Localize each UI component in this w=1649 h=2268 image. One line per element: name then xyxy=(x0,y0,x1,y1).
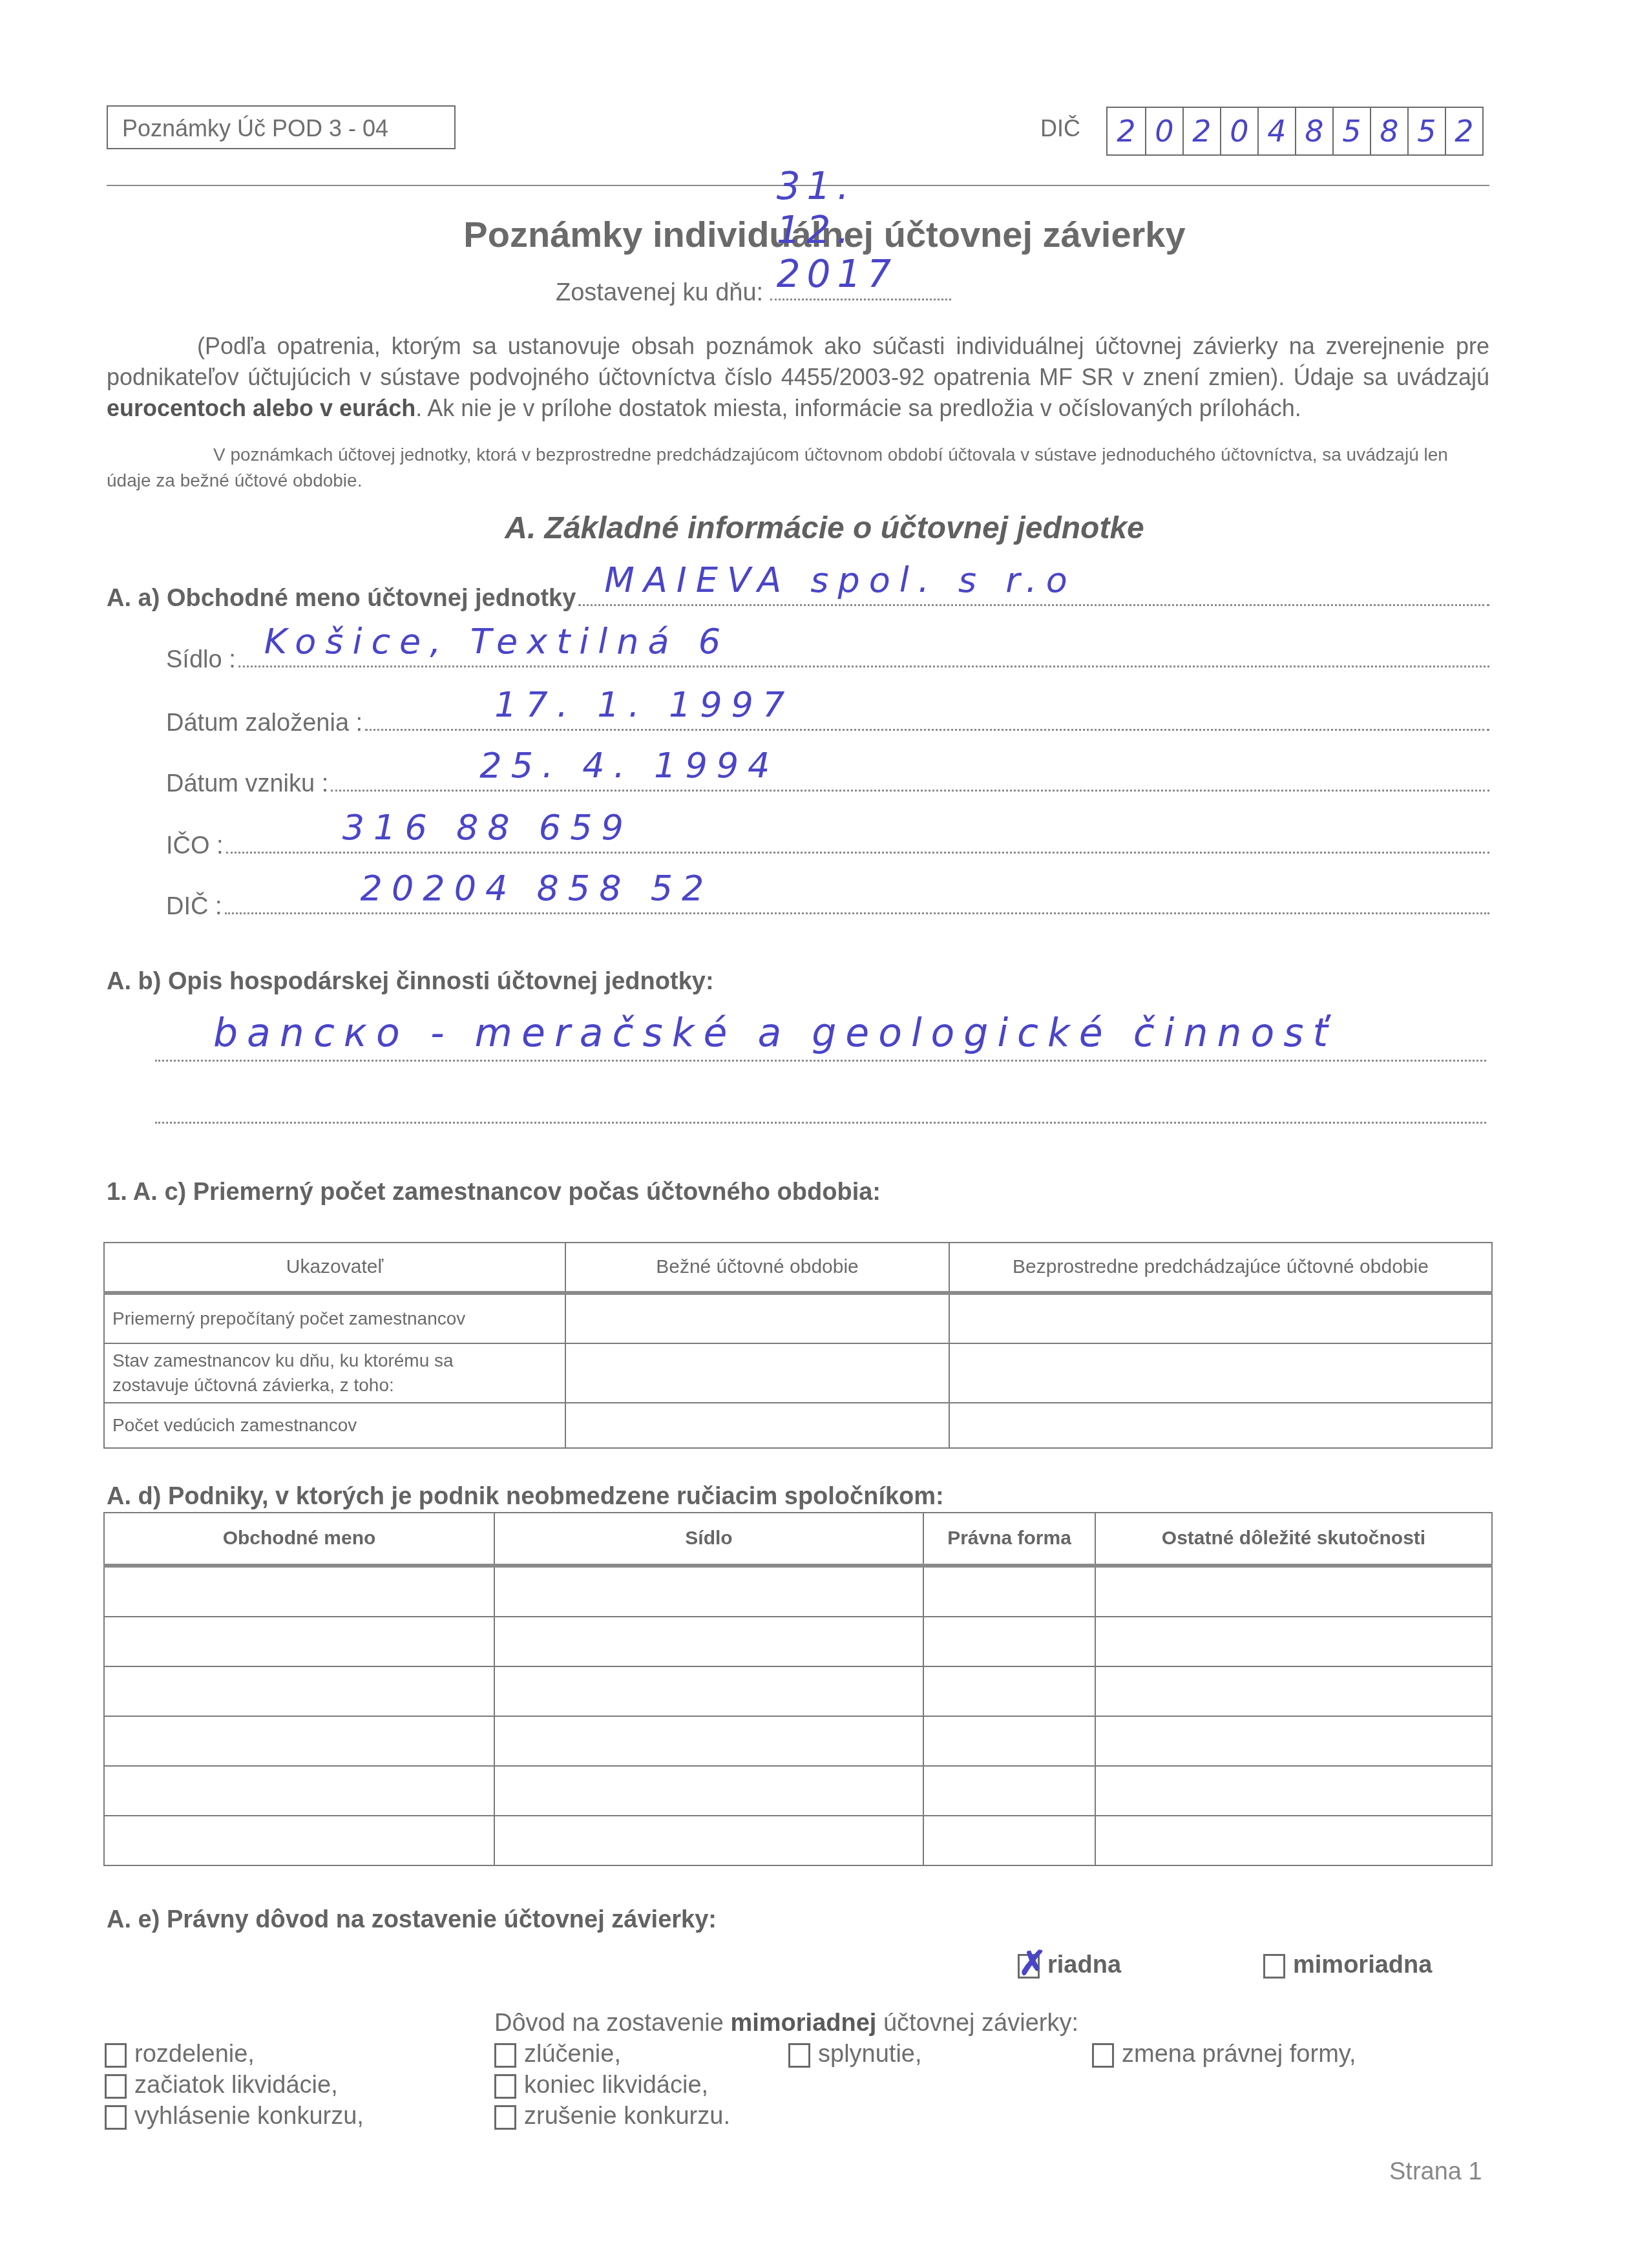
cell-current[interactable] xyxy=(565,1293,949,1343)
table-cell[interactable] xyxy=(923,1566,1095,1617)
table-cell[interactable] xyxy=(494,1716,923,1766)
intro-paragraph: (Podľa opatrenia, ktorým sa ustanovuje o… xyxy=(107,331,1489,424)
section-d-heading: A. d) Podniky, v ktorých je podnik neobm… xyxy=(107,1483,944,1511)
checkbox[interactable] xyxy=(788,2043,810,2068)
field-seat: Sídlo : Košice, Textilná 6 xyxy=(107,646,1489,674)
partner-companies-table: Obchodné meno Sídlo Právna forma Ostatné… xyxy=(103,1512,1493,1866)
col-indicator: Ukazovateľ xyxy=(104,1243,565,1293)
table-cell[interactable] xyxy=(1095,1566,1492,1617)
col-current-period: Bežné účtovné obdobie xyxy=(565,1243,949,1293)
company-name-input[interactable]: MAIEVA spol. s r.o xyxy=(578,599,1489,606)
dic-digit[interactable]: 5 xyxy=(1332,108,1370,154)
section-b-heading: A. b) Opis hospodárskej činnosti účtovne… xyxy=(107,968,714,996)
dic-digit[interactable]: 5 xyxy=(1407,108,1445,154)
table-cell[interactable] xyxy=(1095,1617,1492,1666)
founded-label: Dátum založenia : xyxy=(166,709,362,737)
checkbox[interactable] xyxy=(105,2074,127,2099)
table-row xyxy=(104,1617,1492,1666)
field-ico: IČO : 316 88 659 xyxy=(107,832,1489,860)
table-cell[interactable] xyxy=(104,1816,494,1865)
col-legal-form: Právna forma xyxy=(923,1513,1095,1566)
page-number: Strana 1 xyxy=(1389,2158,1482,2186)
table-cell[interactable] xyxy=(494,1666,923,1716)
table-cell[interactable] xyxy=(923,1617,1095,1666)
reason-amalgamation[interactable]: splynutie, xyxy=(788,2041,922,2068)
table-row: Počet vedúcich zamestnancov xyxy=(104,1403,1492,1448)
dic-digit[interactable]: 8 xyxy=(1370,108,1407,154)
table-cell[interactable] xyxy=(494,1766,923,1816)
table-cell[interactable] xyxy=(104,1716,494,1766)
table-cell[interactable] xyxy=(494,1816,923,1865)
founded-input[interactable]: 17. 1. 1997 xyxy=(365,724,1489,731)
table-cell[interactable] xyxy=(104,1666,494,1716)
checkbox[interactable] xyxy=(494,2074,516,2099)
table-cell[interactable] xyxy=(104,1617,494,1666)
checkbox[interactable] xyxy=(105,2043,127,2068)
reason-bankruptcy-cancel[interactable]: zrušenie konkurzu. xyxy=(494,2103,730,2130)
col-seat: Sídlo xyxy=(494,1513,923,1566)
activity-line-1[interactable]: banско - meračské a geologické činnosť xyxy=(155,1060,1486,1062)
dic-digit[interactable]: 2 xyxy=(1108,108,1145,154)
extraordinary-reason-heading: Dôvod na zostavenie mimoriadnej účtovnej… xyxy=(494,2010,1078,2037)
table-cell[interactable] xyxy=(1095,1666,1492,1716)
col-company-name: Obchodné meno xyxy=(104,1513,494,1566)
table-row xyxy=(104,1716,1492,1766)
table-cell[interactable] xyxy=(1095,1816,1492,1865)
established-label: Dátum vzniku : xyxy=(166,770,328,798)
dic-boxes: 2 0 2 0 4 8 5 8 5 2 xyxy=(1106,107,1484,156)
option-extraordinary[interactable]: mimoriadna xyxy=(1263,1951,1432,1979)
col-previous-period: Bezprostredne predchádzajúce účtovné obd… xyxy=(949,1243,1492,1293)
table-cell[interactable] xyxy=(494,1566,923,1617)
section-c-heading: 1. A. c) Priemerný počet zamestnancov po… xyxy=(107,1179,881,1206)
company-name-label: A. a) Obchodné meno účtovnej jednotky xyxy=(107,585,576,613)
ico-input[interactable]: 316 88 659 xyxy=(226,846,1489,854)
dic-field-input[interactable]: 20204 858 52 xyxy=(225,907,1489,914)
checkbox-extraordinary[interactable] xyxy=(1263,1954,1285,1979)
cell-previous[interactable] xyxy=(949,1293,1492,1343)
table-row xyxy=(104,1766,1492,1816)
row-label: Stav zamestnancov ku dňu, ku ktorému sa … xyxy=(104,1343,565,1403)
reason-division[interactable]: rozdelenie, xyxy=(105,2041,255,2068)
dic-digit[interactable]: 2 xyxy=(1182,108,1220,154)
table-cell[interactable] xyxy=(104,1766,494,1816)
reason-liquidation-start[interactable]: začiatok likvidácie, xyxy=(105,2072,338,2099)
field-established: Dátum vzniku : 25. 4. 1994 xyxy=(107,770,1489,798)
seat-input[interactable]: Košice, Textilná 6 xyxy=(238,660,1489,667)
table-cell[interactable] xyxy=(923,1766,1095,1816)
table-cell[interactable] xyxy=(923,1716,1095,1766)
checkbox[interactable] xyxy=(494,2043,516,2068)
table-row: Priemerný prepočítaný počet zamestnancov xyxy=(104,1293,1492,1343)
field-founded: Dátum založenia : 17. 1. 1997 xyxy=(107,709,1489,737)
compiled-date-value: 31. 12. 2017 xyxy=(777,164,951,296)
table-cell[interactable] xyxy=(104,1566,494,1617)
activity-line-2[interactable] xyxy=(155,1122,1486,1124)
option-regular[interactable]: riadna xyxy=(1018,1951,1121,1979)
reason-merger[interactable]: zlúčenie, xyxy=(494,2041,621,2068)
checkbox[interactable] xyxy=(105,2105,127,2130)
cell-current[interactable] xyxy=(565,1343,949,1403)
reason-bankruptcy[interactable]: vyhlásenie konkurzu, xyxy=(105,2103,364,2130)
form-id-box: Poznámky Úč POD 3 - 04 xyxy=(107,105,456,149)
reason-liquidation-end[interactable]: koniec likvidácie, xyxy=(494,2072,708,2099)
field-dic: DIČ : 20204 858 52 xyxy=(107,893,1489,921)
table-cell[interactable] xyxy=(1095,1766,1492,1816)
table-cell[interactable] xyxy=(923,1816,1095,1865)
section-e-heading: A. e) Právny dôvod na zostavenie účtovne… xyxy=(107,1906,717,1934)
seat-label: Sídlo : xyxy=(166,646,236,674)
checkbox-regular[interactable] xyxy=(1018,1954,1040,1979)
dic-digit[interactable]: 0 xyxy=(1145,108,1182,154)
table-row xyxy=(104,1666,1492,1716)
table-row: Stav zamestnancov ku dňu, ku ktorému sa … xyxy=(104,1343,1492,1403)
row-label: Priemerný prepočítaný počet zamestnancov xyxy=(104,1293,565,1343)
dic-field-label: DIČ : xyxy=(166,893,222,921)
col-other-facts: Ostatné dôležité skutočnosti xyxy=(1095,1513,1492,1566)
checkbox[interactable] xyxy=(494,2105,516,2130)
row-label: Počet vedúcich zamestnancov xyxy=(104,1403,565,1448)
established-input[interactable]: 25. 4. 1994 xyxy=(331,784,1489,792)
note-paragraph: V poznámkach účtovej jednotky, ktorá v b… xyxy=(107,442,1476,494)
section-a-heading: A. Základné informácie o účtovnej jednot… xyxy=(0,510,1649,546)
activity-value: banско - meračské a geologické činnosť xyxy=(213,1011,1337,1056)
dic-digit[interactable]: 0 xyxy=(1220,108,1257,154)
compiled-date-label: Zostavenej ku dňu: xyxy=(556,279,763,306)
reason-legal-form-change[interactable]: zmena právnej formy, xyxy=(1092,2041,1356,2068)
table-cell[interactable] xyxy=(1095,1716,1492,1766)
field-company-name: A. a) Obchodné meno účtovnej jednotky MA… xyxy=(107,585,1489,613)
dic-digit[interactable]: 2 xyxy=(1445,108,1482,154)
cell-previous[interactable] xyxy=(949,1403,1492,1448)
dic-label: DIČ xyxy=(1040,115,1080,142)
ico-label: IČO : xyxy=(166,832,224,860)
employee-count-table: Ukazovateľ Bežné účtovné obdobie Bezpros… xyxy=(103,1242,1493,1449)
table-row xyxy=(104,1816,1492,1865)
checkbox[interactable] xyxy=(1092,2043,1114,2068)
table-row xyxy=(104,1566,1492,1617)
dic-digit[interactable]: 4 xyxy=(1257,108,1295,154)
table-cell[interactable] xyxy=(494,1617,923,1666)
cell-current[interactable] xyxy=(565,1403,949,1448)
compiled-date-row: Zostavenej ku dňu: 31. 12. 2017 xyxy=(556,279,951,307)
cell-previous[interactable] xyxy=(949,1343,1492,1403)
table-cell[interactable] xyxy=(923,1666,1095,1716)
compiled-date-field[interactable]: 31. 12. 2017 xyxy=(770,299,951,300)
dic-digit[interactable]: 8 xyxy=(1295,108,1332,154)
